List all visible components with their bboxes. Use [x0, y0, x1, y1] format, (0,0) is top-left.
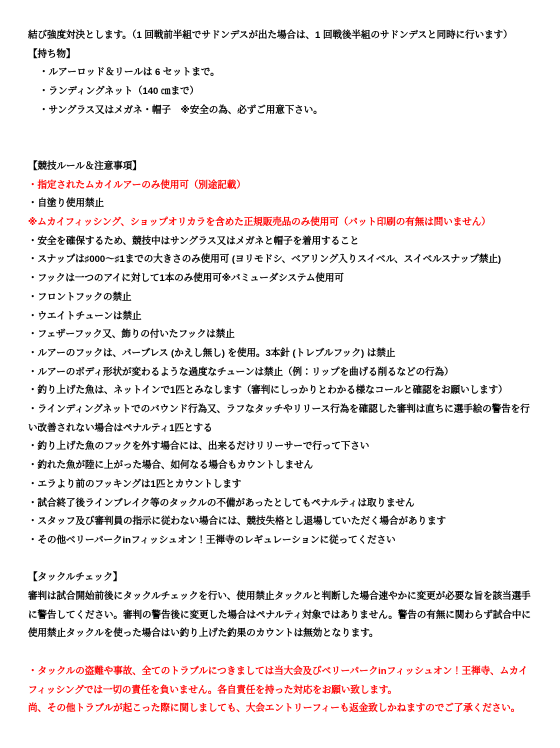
document-page: 結び強度対決とします。（1 回戦前半組でサドンデスが出た場合は、1 回戦後半組の… [0, 0, 560, 748]
paragraph-line: 結び強度対決とします。（1 回戦前半組でサドンデスが出た場合は、1 回戦後半組の… [28, 27, 534, 46]
paragraph: ・タックルの盗難や事故、全てのトラブルにつきましては当大会及びベリーパークinフ… [28, 663, 534, 700]
bullet-item: ・試合終了後ラインブレイク等のタックルの不備があったとしてもペナルティは取りませ… [28, 495, 534, 514]
bullet-item: ・エラより前のフッキングは1匹とカウントします [28, 476, 534, 495]
bullet-item: ・ラインディングネットでのバウンド行為又、ラフなタッチやリリース行為を確認した審… [28, 401, 534, 438]
section-heading: 【競技ルール＆注意事項】 [28, 158, 534, 177]
bullet-item: ・安全を確保するため、競技中はサングラス又はメガネと帽子を着用すること [28, 233, 534, 252]
note-line: ※ムカイフィッシング、ショップオリカラを含めた正規販売品のみ使用可（パット印刷の… [28, 214, 534, 233]
bullet-item: ・ルアーロッド＆リールは 6 セットまで。 [28, 64, 534, 83]
bullet-item: ・指定されたムカイルアーのみ使用可（別途記載） [28, 177, 534, 196]
bullet-item: ・スナップは♯000～♯1までの大きさのみ使用可 (ヨリモドシ、ベアリング入りス… [28, 251, 534, 270]
bullet-item: ・サングラス又はメガネ・帽子 ※安全の為、必ずご用意下さい。 [28, 102, 534, 121]
section-heading: 【持ち物】 [28, 46, 534, 65]
bullet-item: ・スタッフ及び審判員の指示に従わない場合には、競技失格とし退場していただく場合が… [28, 513, 534, 532]
bullet-item: ・ランディングネット（140 ㎝まで） [28, 83, 534, 102]
bullet-item: ・フェザーフック又、飾りの付いたフックは禁止 [28, 326, 534, 345]
blank-line [28, 551, 534, 570]
bullet-item: ・その他ベリーパークinフィッシュオン！王禅寺のレギュレーションに従ってください [28, 532, 534, 551]
bullet-item: ・釣り上げた魚は、ネットインで1匹とみなします（審判にしっかりとわかる様なコール… [28, 382, 534, 401]
paragraph-line: 尚、その他トラブルが起こった際に関しましても、大会エントリーフィーも返金致しかね… [28, 700, 534, 719]
bullet-item: ・釣り上げた魚のフックを外す場合には、出来るだけリリーサーで行って下さい [28, 438, 534, 457]
bullet-item: ・フックは一つのアイに対して1本のみ使用可※バミューダシステム使用可 [28, 270, 534, 289]
paragraph: 審判は試合開始前後にタックルチェックを行い、使用禁止タックルと判断した場合速やか… [28, 588, 534, 644]
bullet-item: ・ウエイトチューンは禁止 [28, 308, 534, 327]
bullet-item: ・釣れた魚が陸に上がった場合、如何なる場合もカウントしません [28, 457, 534, 476]
bullet-item: ・フロントフックの禁止 [28, 289, 534, 308]
section-heading: 【タックルチェック】 [28, 569, 534, 588]
document-body: 結び強度対決とします。（1 回戦前半組でサドンデスが出た場合は、1 回戦後半組の… [28, 27, 534, 719]
bullet-item: ・ルアーのフックは、バーブレス (かえし無し) を使用。3本針 (トレブルフック… [28, 345, 534, 364]
blank-line [28, 644, 534, 663]
bullet-item: ・自塗り使用禁止 [28, 195, 534, 214]
blank-line [28, 121, 534, 158]
bullet-item: ・ルアーのボディ形状が変わるような過度なチューンは禁止（例：リップを曲げる削るな… [28, 364, 534, 383]
